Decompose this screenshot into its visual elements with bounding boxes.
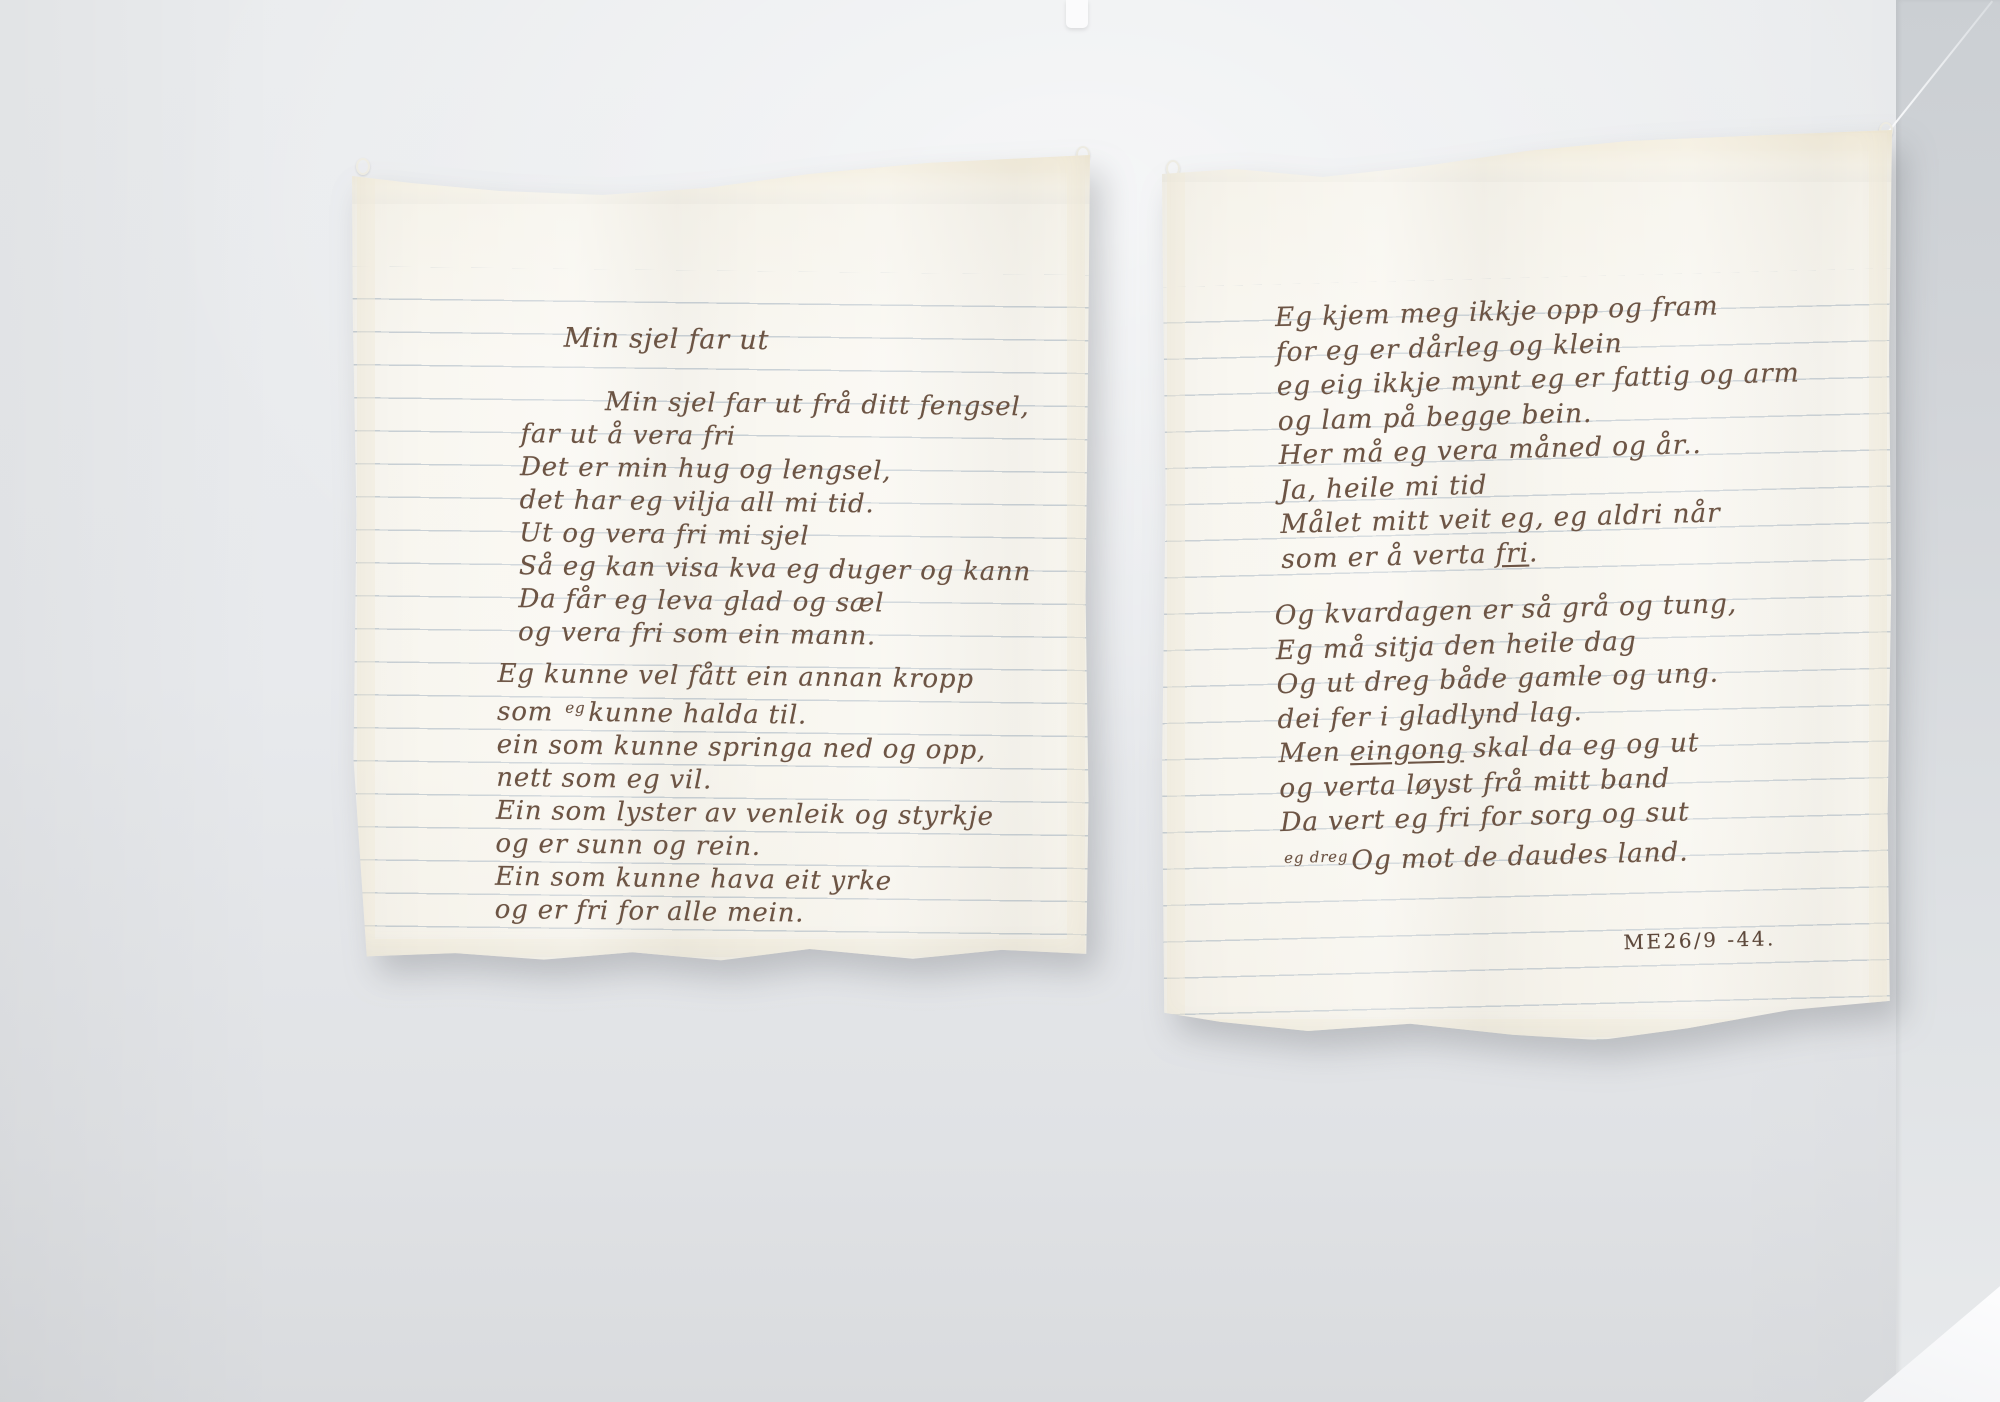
poem-line-with-correction: som egkunne halda til. [497, 691, 995, 735]
poem-stanza: Min sjel far ut frå ditt fengsel, far ut… [518, 385, 1033, 655]
poem-line-part: som er å verta [1281, 538, 1496, 575]
poem-line-part: skal da eg og ut [1463, 727, 1699, 764]
inserted-word: eg [565, 699, 585, 717]
underlined-word: fri [1495, 537, 1529, 569]
poem-title: Min sjel far ut [564, 323, 770, 357]
inserted-words: eg dreg [1284, 847, 1349, 867]
poem-line: og er fri for alle mein. [495, 894, 993, 933]
handwritten-poem-left: Min sjel far ut Min sjel far ut frå ditt… [352, 150, 1090, 962]
handwritten-poem-right: Eg kjem meg ikkje opp og fram for eg er … [1162, 128, 1892, 1042]
poem-line: og vera fri som ein mann. [518, 616, 1031, 655]
textile-panel-left: Min sjel far ut Min sjel far ut frå ditt… [352, 150, 1090, 962]
poem-line-part: Og mot de daudes land. [1351, 836, 1689, 876]
poem-stanza: Eg kjem meg ikkje opp og fram for eg er … [1275, 287, 1805, 577]
poem-stanza: Og kvardagen er så grå og tung, Eg må si… [1274, 587, 1743, 880]
ceiling-mount [1066, 0, 1088, 28]
textile-panel-right: Eg kjem meg ikkje opp og fram for eg er … [1162, 128, 1892, 1042]
poem-stanza: Eg kunne vel fått ein annan kropp som eg… [495, 658, 996, 933]
artist-signature: ME26/9 -44. [1623, 926, 1776, 954]
poem-line-part: kunne halda til. [588, 698, 807, 731]
fabric-sheet: Min sjel far ut Min sjel far ut frå ditt… [352, 150, 1090, 962]
gallery-wall: Min sjel far ut Min sjel far ut frå ditt… [0, 0, 2000, 1402]
fabric-sheet: Eg kjem meg ikkje opp og fram for eg er … [1162, 128, 1892, 1042]
underlined-word: eingong [1350, 733, 1465, 767]
poem-line-part: . [1528, 537, 1538, 568]
side-wall-corner [1896, 0, 2000, 1402]
poem-line-part: Men [1278, 736, 1350, 769]
poem-line-part: som [497, 697, 562, 728]
